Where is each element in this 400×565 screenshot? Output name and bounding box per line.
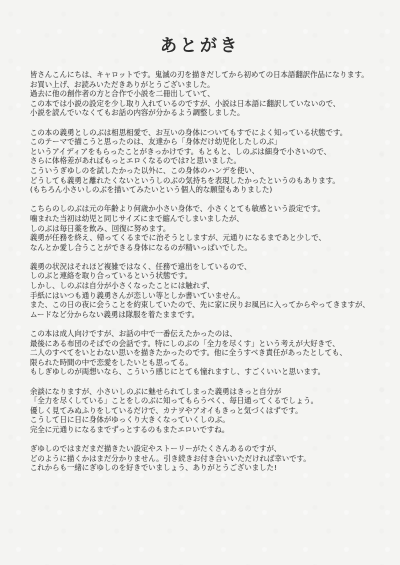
- text-line: こちらのしのぶは元の年齢より何歳か小さい身体で、小さくとても敏感という設定です。: [30, 204, 376, 214]
- paragraph: ぎゆしのではまだまだ描きたい設定やストーリーがたくさんあるのですが、どのように描…: [30, 444, 376, 473]
- text-line: 過去に他の創作者の方と合作で小説を二冊出していて、: [30, 89, 376, 99]
- text-line: (もちろん小さいしのぶを描いてみたいという個人的な願望もありました): [30, 185, 376, 195]
- text-line: なんとか愛し合うことができる身体になるのが精いっぱいでした。: [30, 243, 376, 253]
- text-line: 余談になりますが、小さいしのぶに魅せられてしまった義勇はきっと自分が: [30, 387, 376, 397]
- paragraph: 義勇の状況はそれほど複雑ではなく、任務で遠出をしているので、しのぶと連絡を取り合…: [30, 262, 376, 320]
- text-line: ぎゆしのではまだまだ描きたい設定やストーリーがたくさんあるのですが、: [30, 444, 376, 454]
- text-line: 限られた時間の中で恋愛をしたいとも思ってる。: [30, 358, 376, 368]
- page-title: あとがき: [0, 0, 400, 56]
- text-line: こうして日に日に身体がゆっくり大きくなっていくしのぶ。: [30, 415, 376, 425]
- paragraph: 皆さんこんにちは、キャロットです。鬼滅の刃を描きだしてから初めての日本語翻訳作品…: [30, 70, 376, 118]
- text-line: どうしても義勇と離れたくないというしのぶの気持ちを表現したかったというのもありま…: [30, 176, 376, 186]
- text-line: 優しく見てみぬふりをしているだけで、カナヲやアオイもきっと気づくはずです。: [30, 406, 376, 416]
- text-line: しかし、しのぶは自分が小さくなったことには触れず、: [30, 281, 376, 291]
- text-line: というアイディアをもらったことがきっかけです。もともと、しのぶは細身で小さいので…: [30, 147, 376, 157]
- text-line: この本では小説の設定を少し取り入れているのですが、小説は日本語に翻訳していないの…: [30, 99, 376, 109]
- text-line: 小説を読んでいなくてもお話の内容が分かるよう調整しました。: [30, 108, 376, 118]
- text-line: この本の義勇としのぶは相思相愛で、お互いの身体についてもすでによく知っている状態…: [30, 128, 376, 138]
- text-line: しのぶと連絡を取り合っているという状態です。: [30, 271, 376, 281]
- text-line: 噛まれた当初は幼児と同じサイズにまで縮んでしまいましたが、: [30, 214, 376, 224]
- text-line: こういうぎゆしのを試したかった以外に、この身体のハンデを使い、: [30, 166, 376, 176]
- text-line: これからも一緒にぎゆしのを好きでいましょう、ありがとうございました!: [30, 463, 376, 473]
- text-line: この本は成人向けですが、お話の中で一番伝えたかったのは、: [30, 329, 376, 339]
- text-line: 手紙にはいつも通り義勇さんが恋しい等としか書いていません。: [30, 291, 376, 301]
- text-line: このテーマで描こうと思ったのは、友達から「身体だけ幼児化したしのぶ」: [30, 137, 376, 147]
- paragraph: 余談になりますが、小さいしのぶに魅せられてしまった義勇はきっと自分が「全力を尽く…: [30, 387, 376, 435]
- text-line: 皆さんこんにちは、キャロットです。鬼滅の刃を描きだしてから初めての日本語翻訳作品…: [30, 70, 376, 80]
- text-line: さらに体格差があればもっとエロくなるのでは?と思いました。: [30, 156, 376, 166]
- text-line: 完全に元通りになるまでずっとするのもまたエロいですね。: [30, 425, 376, 435]
- paragraph: この本は成人向けですが、お話の中で一番伝えたかったのは、最後にある布団のそばでの…: [30, 329, 376, 377]
- text-line: ムードなど分からない義勇は隊服を着たままです。: [30, 310, 376, 320]
- text-line: どのように描くかはまだ分かりません。引き続きお付き合いいただければ幸いです。: [30, 454, 376, 464]
- text-line: もしぎゆしのが両想いなら、こういう感じにとても憧れますし、すごくいいと思います。: [30, 367, 376, 377]
- paragraph: この本の義勇としのぶは相思相愛で、お互いの身体についてもすでによく知っている状態…: [30, 128, 376, 195]
- text-line: お買い上げ、お読みいただきありがとうございました。: [30, 80, 376, 90]
- text-line: また、この日の夜に会うことを約束していたので、先に家に戻りお風呂に入ってからやっ…: [30, 300, 376, 310]
- afterword-page: あとがき 皆さんこんにちは、キャロットです。鬼滅の刃を描きだしてから初めての日本…: [0, 0, 400, 565]
- text-line: 二人のすべてをいとわない思いを描きたかったのです。他に全うすべき責任があったとし…: [30, 348, 376, 358]
- text-line: 義勇が任務を終え、帰ってくるまでに治そうとしますが、元通りになるまであと少しで、: [30, 233, 376, 243]
- paragraph: こちらのしのぶは元の年齢より何歳か小さい身体で、小さくとても敏感という設定です。…: [30, 204, 376, 252]
- afterword-body: 皆さんこんにちは、キャロットです。鬼滅の刃を描きだしてから初めての日本語翻訳作品…: [30, 70, 376, 483]
- text-line: 最後にある布団のそばでの会話です。特にしのぶの「全力を尽くす」という考えが大好き…: [30, 339, 376, 349]
- text-line: しのぶは毎日薬を飲み、回復に努めます。: [30, 224, 376, 234]
- text-line: 「全力を尽くしている」ことをしのぶに知ってもらうべく、毎日通ってくるでしょう。: [30, 396, 376, 406]
